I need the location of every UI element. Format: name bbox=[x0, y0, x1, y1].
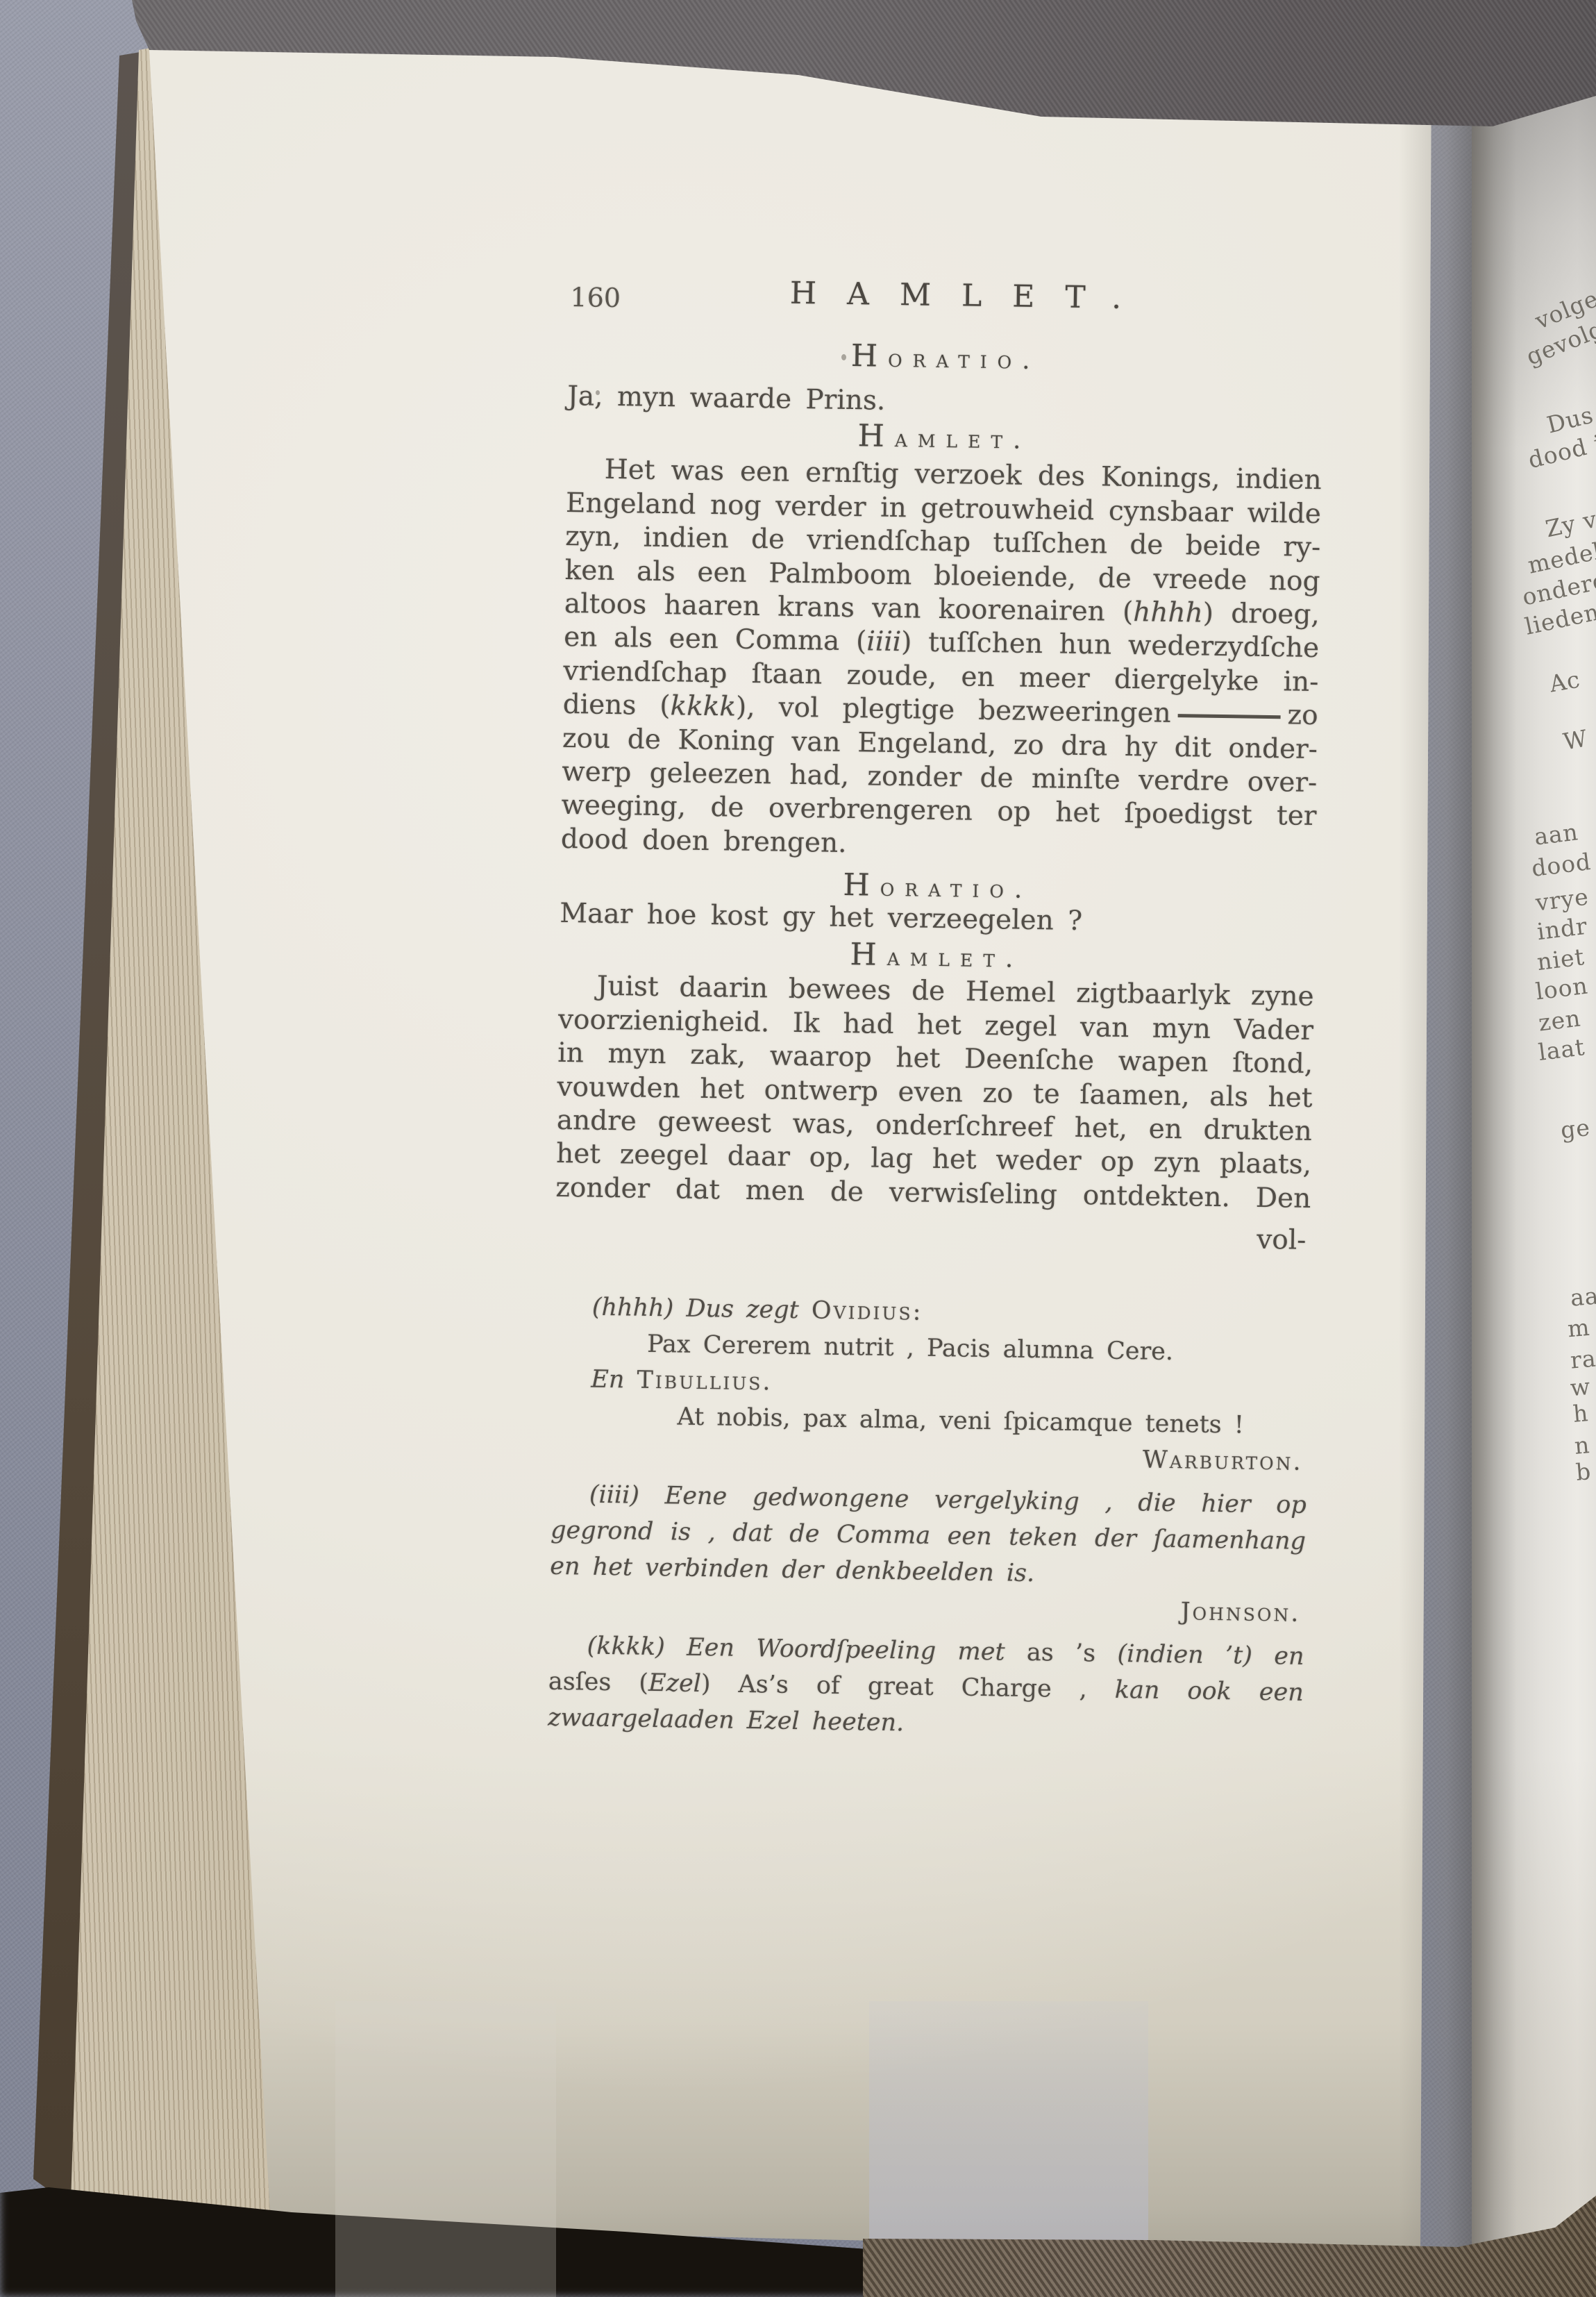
facing-page-fragment: n bbox=[1573, 1431, 1591, 1460]
facing-page-fragment: loon bbox=[1534, 972, 1590, 1005]
facing-page-fragments: volgendgevolgDusdood inZy vmedelyondergl… bbox=[0, 0, 1596, 2297]
book-photo-scene: 160 HAMLET. Horatio.Ja, myn waarde Prins… bbox=[0, 0, 1596, 2297]
facing-page-fragment: zen bbox=[1537, 1004, 1582, 1036]
facing-page-fragment: W bbox=[1561, 724, 1590, 755]
facing-page-fragment: b bbox=[1574, 1457, 1592, 1486]
facing-page-fragment: indr bbox=[1536, 912, 1589, 946]
facing-page-fragment: h bbox=[1572, 1399, 1590, 1428]
facing-page-fragment: ge bbox=[1559, 1114, 1591, 1144]
facing-page-fragment: m bbox=[1566, 1314, 1591, 1343]
facing-page-fragment: vrye bbox=[1534, 883, 1590, 916]
facing-page-fragment: w bbox=[1569, 1373, 1592, 1401]
facing-page-fragment: niet bbox=[1536, 943, 1586, 976]
facing-page-fragment: Zy v bbox=[1543, 506, 1596, 543]
facing-page-fragment: Ac bbox=[1547, 665, 1582, 697]
facing-page-fragment: laat bbox=[1537, 1033, 1586, 1066]
facing-page-fragment: ra bbox=[1569, 1344, 1596, 1373]
photo-artifact-patch bbox=[335, 2001, 556, 2297]
facing-page-fragment: aan bbox=[1533, 818, 1580, 850]
facing-page-fragment: dood bbox=[1530, 848, 1593, 882]
facing-page-fragment: aa bbox=[1569, 1282, 1596, 1311]
